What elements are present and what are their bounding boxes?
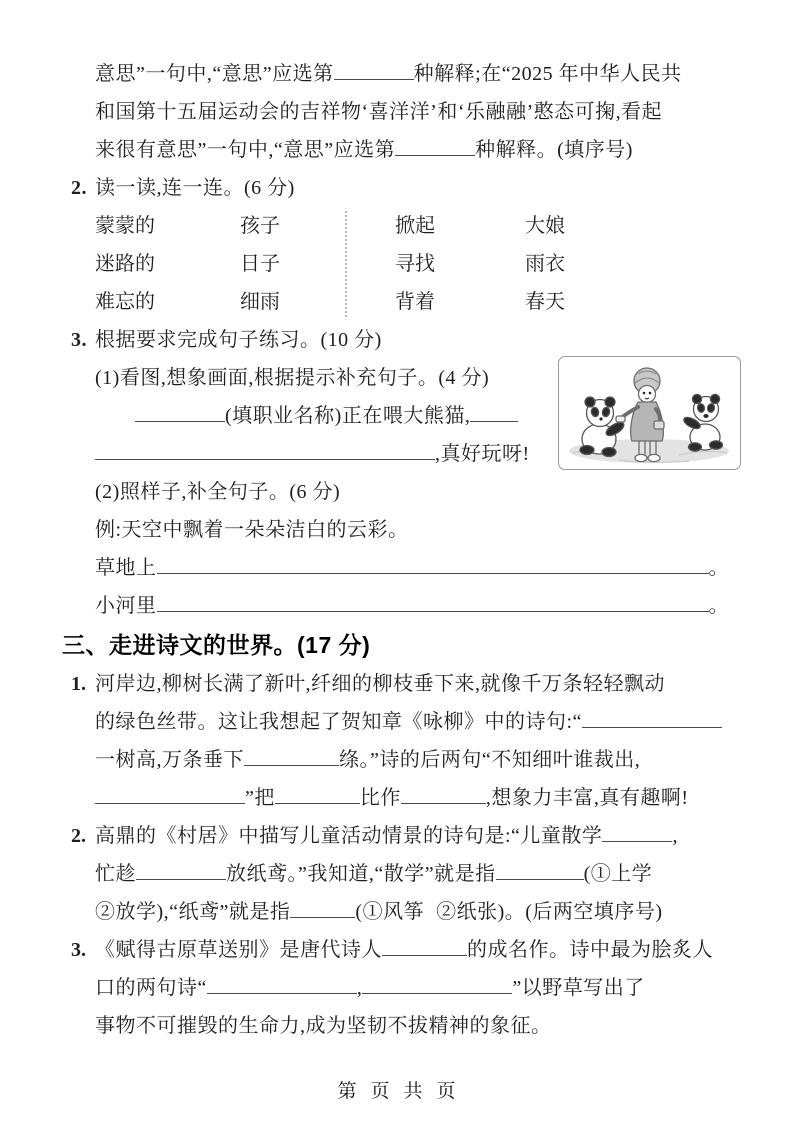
sub-question-label: (1)看图,想象画面,根据提示补充句子。(4 分) bbox=[95, 367, 489, 389]
text-segment: 的成名作。诗中最为脍炙人 bbox=[467, 939, 713, 961]
matching-exercise: 蒙蒙的孩子掀起大娘迷路的日子寻找雨衣难忘的细雨背着春天 bbox=[95, 207, 745, 321]
fill-in-blank[interactable] bbox=[496, 860, 584, 880]
sub-question-label: (2)照样子,补全句子。(6 分) bbox=[95, 481, 340, 503]
text-segment: 来很有意思”一句中,“意思”应选第 bbox=[95, 139, 395, 161]
text-segment: 种解释;在“2025 年中华人民共 bbox=[414, 63, 682, 85]
text-line: 口的两句诗“,”以野草写出了 bbox=[95, 969, 745, 1007]
text-line: 《赋得古原草送别》是唐代诗人的成名作。诗中最为脍炙人 bbox=[95, 931, 745, 969]
text-line: 河岸边,柳树长满了新叶,纤细的柳枝垂下来,就像千万条轻轻飘动 bbox=[95, 665, 745, 703]
text-segment: 意思”一句中,“意思”应选第 bbox=[95, 63, 334, 85]
fill-in-blank[interactable] bbox=[157, 592, 709, 612]
question-2: 2. 读一读,连一连。(6 分) 蒙蒙的孩子掀起大娘迷路的日子寻找雨衣难忘的细雨… bbox=[95, 169, 745, 321]
example-sentence: 例:天空中飘着一朵朵洁白的云彩。 bbox=[95, 519, 409, 541]
match-row: 蒙蒙的孩子掀起大娘 bbox=[95, 207, 745, 245]
text-segment: 高鼎的《村居》中描写儿童活动情景的诗句是:“儿童散学 bbox=[95, 825, 602, 847]
question-title: 读一读,连一连。(6 分) bbox=[95, 177, 295, 199]
text-segment: 口的两句诗“ bbox=[95, 977, 207, 999]
item-number: 3. bbox=[71, 931, 86, 969]
text-segment: (填职业名称)正在喂大熊猫, bbox=[225, 405, 470, 427]
question-3-part2-fill: 草地上。小河里。 bbox=[95, 549, 745, 625]
fill-in-blank[interactable] bbox=[157, 554, 709, 574]
text-line: 意思”一句中,“意思”应选第种解释;在“2025 年中华人民共 bbox=[95, 55, 745, 93]
match-word[interactable]: 大娘 bbox=[525, 207, 565, 245]
fill-in-blank[interactable] bbox=[334, 60, 414, 80]
text-segment: 。 bbox=[709, 595, 730, 617]
fill-in-blank[interactable] bbox=[401, 784, 486, 804]
fill-in-blank[interactable] bbox=[382, 936, 467, 956]
page-footer: 第页共页 bbox=[0, 1076, 793, 1103]
section-3-item-1: 1. 河岸边,柳树长满了新叶,纤细的柳枝垂下来,就像千万条轻轻飘动的绿色丝带。这… bbox=[95, 665, 745, 817]
match-word[interactable]: 雨衣 bbox=[525, 245, 565, 283]
fill-in-blank[interactable] bbox=[275, 784, 360, 804]
spacer bbox=[424, 917, 436, 918]
question-3-header: 3. 根据要求完成句子练习。(10 分) bbox=[95, 321, 745, 359]
text-segment: ”把 bbox=[245, 787, 275, 809]
text-segment: ”以野草写出了 bbox=[512, 977, 644, 999]
text-line: 的绿色丝带。这让我想起了贺知章《咏柳》中的诗句:“ bbox=[95, 703, 745, 741]
text-line: 事物不可摧毁的生命力,成为坚韧不拔精神的象征。 bbox=[95, 1007, 745, 1045]
spacer bbox=[95, 421, 135, 422]
question-3-part2-label: (2)照样子,补全句子。(6 分) bbox=[95, 473, 745, 511]
fill-in-blank[interactable] bbox=[135, 402, 225, 422]
section-3-item-3: 3. 《赋得古原草送别》是唐代诗人的成名作。诗中最为脍炙人口的两句诗“,”以野草… bbox=[95, 931, 745, 1045]
question-number: 2. bbox=[71, 169, 87, 207]
text-segment: 绦。”诗的后两句“不知细叶谁裁出, bbox=[339, 749, 640, 771]
panda-illustration-svg bbox=[559, 357, 740, 469]
text-segment: ②纸张)。(后两空填序号) bbox=[436, 901, 662, 923]
text-line: ”把比作,想象力丰富,真有趣啊! bbox=[95, 779, 745, 817]
fill-in-blank[interactable] bbox=[290, 898, 355, 918]
match-word[interactable]: 蒙蒙的 bbox=[95, 207, 240, 245]
text-line: 小河里。 bbox=[95, 587, 745, 625]
text-segment: 一树高,万条垂下 bbox=[95, 749, 244, 771]
question-title: 根据要求完成句子练习。(10 分) bbox=[95, 329, 382, 351]
text-line: 来很有意思”一句中,“意思”应选第种解释。(填序号) bbox=[95, 131, 745, 169]
question-2-header: 2. 读一读,连一连。(6 分) bbox=[95, 169, 745, 207]
text-line: 忙趁放纸鸢。”我知道,“散学”就是指(①上学 bbox=[95, 855, 745, 893]
match-word[interactable]: 背着 bbox=[395, 283, 525, 321]
fill-in-blank[interactable] bbox=[136, 860, 226, 880]
text-segment: 种解释。(填序号) bbox=[475, 139, 633, 161]
match-word[interactable]: 寻找 bbox=[395, 245, 525, 283]
text-segment: 小河里 bbox=[95, 595, 157, 617]
question1-continuation: 意思”一句中,“意思”应选第种解释;在“2025 年中华人民共和国第十五届运动会… bbox=[95, 55, 745, 169]
fill-in-blank[interactable] bbox=[95, 784, 245, 804]
match-word[interactable]: 春天 bbox=[525, 283, 565, 321]
question-3-part2-example: 例:天空中飘着一朵朵洁白的云彩。 bbox=[95, 511, 745, 549]
item-number: 2. bbox=[71, 817, 86, 855]
fill-in-blank[interactable] bbox=[470, 402, 518, 422]
section-heading: 三、走进诗文的世界。(17 分) bbox=[62, 625, 370, 665]
match-word[interactable]: 日子 bbox=[240, 245, 348, 283]
text-segment: 和国第十五届运动会的吉祥物‘喜洋洋’和‘乐融融’憨态可掬,看起 bbox=[95, 101, 662, 123]
text-line: 高鼎的《村居》中描写儿童活动情景的诗句是:“儿童散学, bbox=[95, 817, 745, 855]
text-segment: 事物不可摧毁的生命力,成为坚韧不拔精神的象征。 bbox=[95, 1015, 552, 1037]
fill-in-blank[interactable] bbox=[362, 974, 512, 994]
match-word[interactable]: 孩子 bbox=[240, 207, 348, 245]
text-segment: 忙趁 bbox=[95, 863, 136, 885]
text-line: ②放学),“纸鸢”就是指(①风筝②纸张)。(后两空填序号) bbox=[95, 893, 745, 931]
text-segment: 《赋得古原草送别》是唐代诗人 bbox=[95, 939, 382, 961]
text-segment: 放纸鸢。”我知道,“散学”就是指 bbox=[226, 863, 496, 885]
fill-in-blank[interactable] bbox=[95, 440, 435, 460]
match-row: 迷路的日子寻找雨衣 bbox=[95, 245, 745, 283]
text-segment: 河岸边,柳树长满了新叶,纤细的柳枝垂下来,就像千万条轻轻飘动 bbox=[95, 673, 665, 695]
text-segment: 草地上 bbox=[95, 557, 157, 579]
section-3-item-2: 2. 高鼎的《村居》中描写儿童活动情景的诗句是:“儿童散学,忙趁放纸鸢。”我知道… bbox=[95, 817, 745, 931]
text-segment: (①风筝 bbox=[355, 901, 424, 923]
text-segment: ②放学),“纸鸢”就是指 bbox=[95, 901, 290, 923]
fill-in-blank[interactable] bbox=[244, 746, 339, 766]
match-word[interactable]: 迷路的 bbox=[95, 245, 240, 283]
match-word[interactable]: 掀起 bbox=[395, 207, 525, 245]
worksheet-content: 意思”一句中,“意思”应选第种解释;在“2025 年中华人民共和国第十五届运动会… bbox=[95, 55, 745, 1045]
text-segment: , bbox=[672, 825, 678, 847]
text-line: 和国第十五届运动会的吉祥物‘喜洋洋’和‘乐融融’憨态可掬,看起 bbox=[95, 93, 745, 131]
fill-in-blank[interactable] bbox=[395, 136, 475, 156]
text-line: 一树高,万条垂下绦。”诗的后两句“不知细叶谁裁出, bbox=[95, 741, 745, 779]
match-word[interactable]: 难忘的 bbox=[95, 283, 240, 321]
fill-in-blank[interactable] bbox=[582, 708, 722, 728]
section-3-heading-line: 三、走进诗文的世界。(17 分) bbox=[95, 625, 745, 665]
match-word[interactable]: 细雨 bbox=[240, 283, 348, 321]
text-segment: 比作 bbox=[360, 787, 401, 809]
panda-feeding-illustration bbox=[558, 356, 741, 470]
match-row: 难忘的细雨背着春天 bbox=[95, 283, 745, 321]
exam-worksheet-page: 意思”一句中,“意思”应选第种解释;在“2025 年中华人民共和国第十五届运动会… bbox=[0, 0, 793, 1122]
text-segment: (①上学 bbox=[584, 863, 653, 885]
text-line: 草地上。 bbox=[95, 549, 745, 587]
text-segment: 。 bbox=[709, 557, 730, 579]
text-segment: ,想象力丰富,真有趣啊! bbox=[486, 787, 689, 809]
question-number: 3. bbox=[71, 321, 87, 359]
item-number: 1. bbox=[71, 665, 86, 703]
fill-in-blank[interactable] bbox=[602, 822, 672, 842]
text-segment: 的绿色丝带。这让我想起了贺知章《咏柳》中的诗句:“ bbox=[95, 711, 582, 733]
text-segment: ,真好玩呀! bbox=[435, 443, 530, 465]
matching-divider-line bbox=[345, 211, 347, 317]
fill-in-blank[interactable] bbox=[207, 974, 357, 994]
